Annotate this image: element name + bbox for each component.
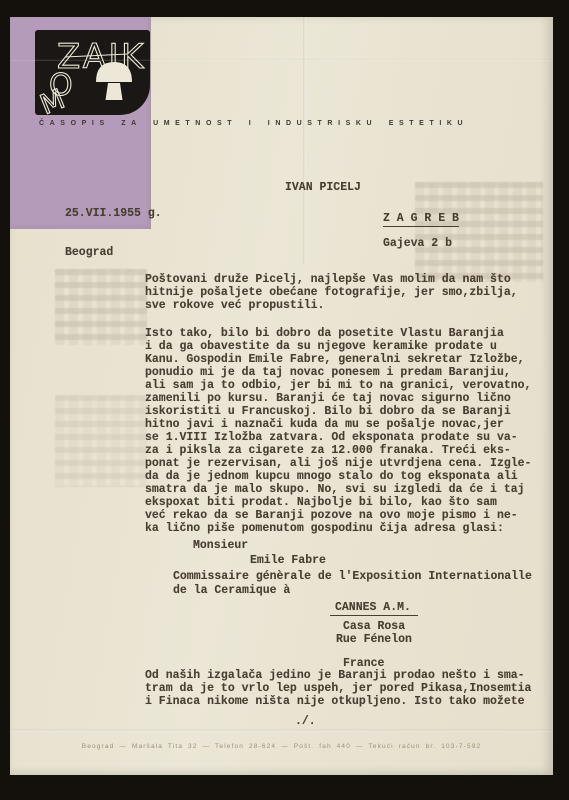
continuation-mark: ./. [295, 715, 316, 728]
addressee-house: Casa Rosa [343, 620, 405, 633]
mozaik-logo: ZAIK O M [35, 30, 150, 115]
date-place-block: 25.VII.1955 g. Beograd [65, 181, 162, 285]
addressee-city: CANNES A.M. [330, 601, 418, 614]
letter-place: Beograd [65, 246, 162, 259]
addressee-street: Rue Fénelon [336, 633, 412, 646]
paragraph-1: Poštovani druže Picelj, najlepše Vas mol… [145, 273, 518, 312]
addressee-name: Emile Fabre [250, 554, 326, 567]
paragraph-2: Isto tako, bilo bi dobro da posetite Vla… [145, 327, 531, 535]
addressee-title-line1: Commissaire génèrale de l'Exposition Int… [173, 570, 532, 583]
letter-date: 25.VII.1955 g. [65, 207, 162, 220]
address-salutation: Monsieur [193, 539, 248, 552]
paragraph-3: Od naših izgalača jedino je Baranji prod… [145, 669, 531, 708]
magazine-tagline: ČASOPIS ZA UMETNOST I INDUSTRISKU ESTETI… [39, 120, 539, 127]
addressee-city-text: CANNES A.M. [330, 601, 418, 616]
bleedthrough-smudge [55, 395, 147, 487]
addressee-title-line2: de la Ceramique à [173, 584, 290, 597]
scanned-letter: ZAIK O M ČASOPIS ZA UMETNOST I INDUSTRIS… [0, 0, 569, 800]
mushroom-icon [96, 62, 132, 100]
fold-crease-horizontal [10, 729, 553, 732]
fold-crease-vertical [303, 17, 306, 265]
bleedthrough-smudge [415, 182, 543, 282]
recipient-street: Gajeva 2 b [383, 237, 452, 250]
recipient-city-text: Z A G R E B [383, 212, 459, 227]
footer-imprint: Beograd — Maršala Tita 32 — Telefon 28-6… [10, 743, 553, 750]
recipient-city: Z A G R E B [383, 212, 459, 225]
recipient-name: IVAN PICELJ [285, 181, 361, 194]
fold-crease-horizontal [10, 59, 553, 61]
letter-paper: ZAIK O M ČASOPIS ZA UMETNOST I INDUSTRIS… [10, 17, 553, 775]
mozaik-logo-art: ZAIK O M [35, 30, 150, 115]
